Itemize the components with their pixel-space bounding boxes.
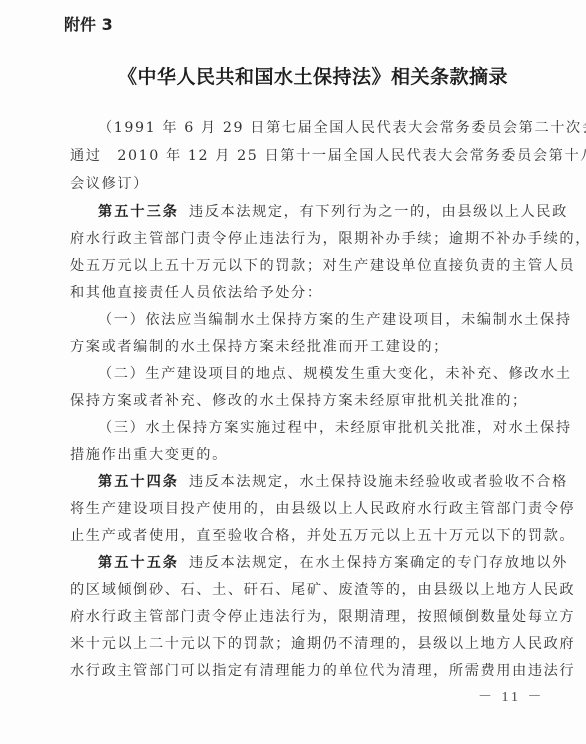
article-number: 第五十四条 xyxy=(98,474,179,490)
preamble-line: 会议修订） xyxy=(70,174,516,194)
article-55-line: 府水行政主管部门责令停止违法行为，限期清理，按照倾倒数量处每立方 xyxy=(70,607,516,627)
clause-item-3: （三）水土保持方案实施过程中，未经原审批机关批准，对水土保持 xyxy=(98,418,516,438)
article-53-line: 处五万元以上五十万元以下的罚款；对生产建设单位直接负责的主管人员 xyxy=(70,256,516,276)
article-54-line: 止生产或者使用，直至验收合格，并处五万元以上五十万元以下的罚款。 xyxy=(70,526,516,546)
article-number: 第五十五条 xyxy=(98,555,179,571)
article-53-line: 第五十三条违反本法规定，有下列行为之一的，由县级以上人民政 xyxy=(98,202,516,222)
page-number: － 11 － xyxy=(478,686,544,706)
article-53-line: 和其他直接责任人员依法给予处分： xyxy=(70,283,516,303)
article-text: 违反本法规定，水土保持设施未经验收或者验收不合格 xyxy=(189,474,568,490)
article-54-line: 将生产建设项目投产使用的，由县级以上人民政府水行政主管部门责令停 xyxy=(70,499,516,519)
article-55-line: 的区域倾倒砂、石、土、矸石、尾矿、废渣等的，由县级以上地方人民政 xyxy=(70,580,516,600)
article-55-line: 水行政主管部门可以指定有清理能力的单位代为清理，所需费用由违法行 xyxy=(70,661,516,681)
attachment-label: 附件 3 xyxy=(64,12,113,35)
clause-item-3: 措施作出重大变更的。 xyxy=(70,445,516,465)
article-53-line: 府水行政主管部门责令停止违法行为，限期补办手续；逾期不补办手续的， xyxy=(70,229,516,249)
document-title: 《中华人民共和国水土保持法》相关条款摘录 xyxy=(0,62,586,89)
article-55-line: 第五十五条违反本法规定，在水土保持方案确定的专门存放地以外 xyxy=(98,553,516,573)
article-55-line: 米十元以上二十元以下的罚款；逾期仍不清理的，县级以上地方人民政府 xyxy=(70,634,516,654)
preamble-line: 通过 2010 年 12 月 25 日第十一届全国人民代表大会常务委员会第十八次 xyxy=(70,146,516,166)
article-text: 违反本法规定，有下列行为之一的，由县级以上人民政 xyxy=(189,204,568,220)
clause-item-1: （一）依法应当编制水土保持方案的生产建设项目，未编制水土保持 xyxy=(98,310,516,330)
clause-item-1: 方案或者编制的水土保持方案未经批准而开工建设的； xyxy=(70,337,516,357)
clause-item-2: （二）生产建设项目的地点、规模发生重大变化，未补充、修改水土 xyxy=(98,364,516,384)
article-number: 第五十三条 xyxy=(98,204,179,220)
article-text: 违反本法规定，在水土保持方案确定的专门存放地以外 xyxy=(189,555,568,571)
preamble-line: （1991 年 6 月 29 日第七届全国人民代表大会常务委员会第二十次会议 xyxy=(98,118,516,138)
document-page: 附件 3 《中华人民共和国水土保持法》相关条款摘录 （1991 年 6 月 29… xyxy=(0,0,586,744)
clause-item-2: 保持方案或者补充、修改的水土保持方案未经原审批机关批准的； xyxy=(70,391,516,411)
article-54-line: 第五十四条违反本法规定，水土保持设施未经验收或者验收不合格 xyxy=(98,472,516,492)
